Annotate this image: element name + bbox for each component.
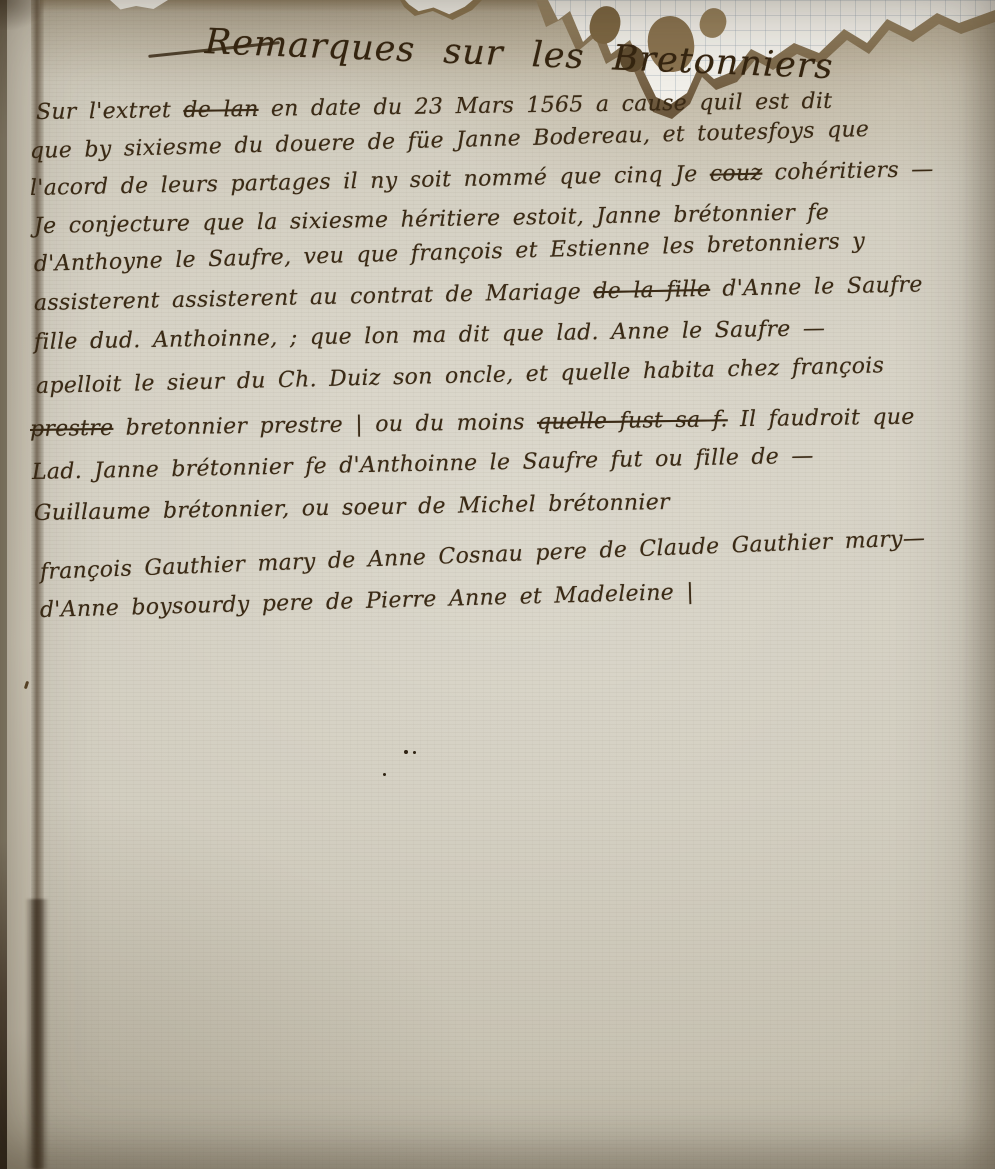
manuscript-photo: Remarques sur les Bretonniers Sur l'extr… <box>0 0 995 1169</box>
text-segment: d'Anne le Saufre <box>710 272 923 301</box>
struck-text: prestre <box>30 416 114 442</box>
struck-text: couz <box>710 161 763 187</box>
text-segment: cohéritiers — <box>762 157 934 186</box>
book-left-edge <box>0 0 7 1169</box>
right-edge-shading <box>961 0 995 1169</box>
struck-text: de lan <box>183 97 259 123</box>
ink-speck <box>413 751 416 754</box>
struck-text: de la fille <box>593 277 710 304</box>
gutter-shadow <box>25 899 49 1169</box>
text-segment: Sur l'extret <box>36 98 184 125</box>
text-segment: Il faudroit que <box>728 405 915 433</box>
ink-speck <box>404 750 408 754</box>
struck-text: quelle fust sa f. <box>537 407 728 435</box>
ink-speck <box>383 773 386 776</box>
